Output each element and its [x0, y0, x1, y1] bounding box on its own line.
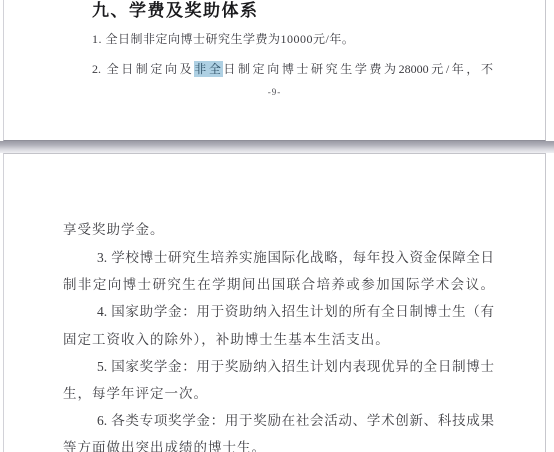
search-highlight: 非全: [194, 61, 223, 77]
scholarship-line-1: 享受奖助学金。: [63, 221, 165, 239]
scholarship-item-6-line-2: 等方面做出突出成绩的博士生。: [63, 439, 266, 452]
page-number: -9-: [3, 87, 546, 97]
scholarship-item-3-line-2: 制非定向博士研究生在学期间出国联合培养或参加国际学术会议。: [63, 276, 494, 294]
scholarship-item-5-line-2: 生，每学年评定一次。: [63, 385, 208, 403]
scholarship-item-3-line-1: 3. 学校博士研究生培养实施国际化战略，每年投入资金保障全日: [97, 249, 494, 267]
section-heading: 九、学费及奖助体系: [92, 1, 259, 21]
scholarship-item-5-line-1: 5. 国家奖学金：用于奖励纳入招生计划内表现优异的全日制博士: [97, 358, 494, 376]
scholarship-item-4-line-2: 固定工资收入的除外），补助博士生基本生活支出。: [63, 331, 390, 349]
fee-item-2: 2. 全日制定向及非全日制定向博士研究生学费为28000元/年，不: [92, 61, 493, 77]
fee-item-2-text-before: 2. 全日制定向及: [92, 62, 194, 76]
scholarship-item-4-line-1: 4. 国家助学金：用于资助纳入招生计划的所有全日制博士生（有: [97, 303, 494, 321]
fee-item-1: 1. 全日制非定向博士研究生学费为10000元/年。: [92, 31, 354, 47]
scholarship-item-6-line-1: 6. 各类专项奖学金：用于奖励在社会活动、学术创新、科技成果: [97, 412, 494, 430]
fee-item-2-text-after: 日制定向博士研究生学费为28000元/年，不: [223, 62, 493, 76]
page-separator: [0, 141, 554, 153]
